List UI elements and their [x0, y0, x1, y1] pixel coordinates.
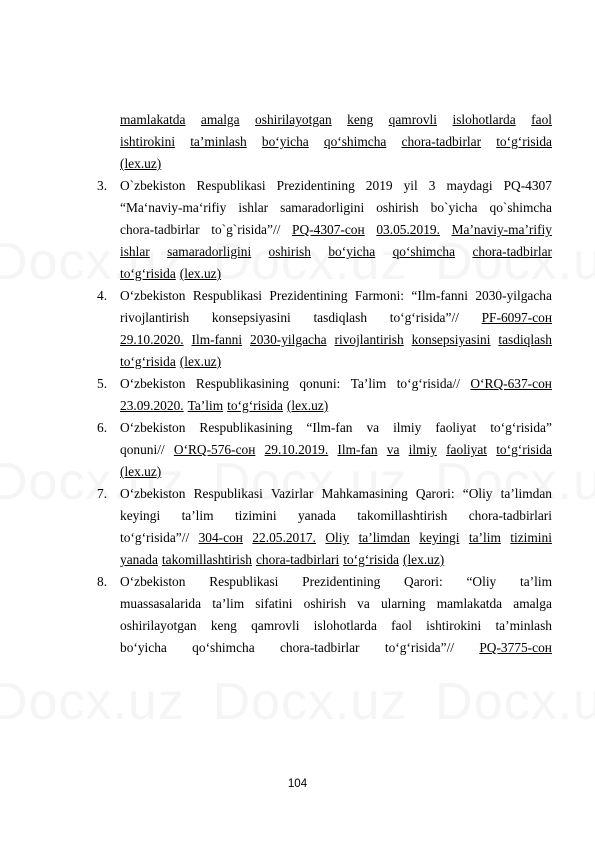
word: ta’limdan: [501, 483, 552, 505]
word: samaradorligini: [280, 197, 364, 219]
word: ta’lim: [182, 505, 214, 527]
word: ularning: [381, 593, 426, 615]
word: tasdiqlash: [313, 307, 367, 329]
word: Prezidentining: [277, 175, 355, 197]
word: Respublikasi: [196, 175, 265, 197]
reference-link-word[interactable]: ta’minlash: [190, 131, 247, 153]
word: faoliyat: [435, 417, 476, 439]
word: 3: [429, 175, 436, 197]
word: Respublikasi: [209, 571, 278, 593]
word: yanada: [298, 505, 336, 527]
word: ta’lim: [212, 593, 244, 615]
word: Farmoni:: [355, 285, 404, 307]
word: O‘zbekiston: [120, 285, 185, 307]
reference-link-word[interactable]: (lex.uz): [180, 351, 221, 373]
reference-link-word[interactable]: faoliyat: [446, 439, 487, 461]
word: to‘g‘risida”: [490, 417, 552, 439]
text-line: (lex.uz): [97, 153, 552, 175]
word: va: [366, 417, 379, 439]
reference-link-word[interactable]: yanada: [120, 549, 158, 571]
word: keyingi: [120, 505, 160, 527]
reference-item: 6.O‘zbekistonRespublikasining“Ilm-fanvai…: [97, 417, 552, 483]
reference-link-word[interactable]: mamlakatda: [120, 109, 185, 131]
word: chora-tadbirlar: [280, 637, 360, 659]
word: O‘zbekiston: [120, 571, 185, 593]
word: chora-tadbirlari: [469, 505, 552, 527]
list-number: 4.: [97, 285, 117, 307]
word: to`g`risida”//: [211, 219, 280, 241]
reference-link-word[interactable]: 03.05.2019.: [376, 219, 440, 241]
text-line: to‘g‘risida(lex.uz): [97, 351, 552, 373]
text-line: 23.09.2020.Ta’limto‘g‘risida(lex.uz): [97, 395, 552, 417]
page-number: 104: [0, 778, 595, 790]
word: qo‘shimcha: [192, 637, 254, 659]
reference-item: 8.O‘zbekistonRespublikasiPrezidentiningQ…: [97, 571, 552, 659]
reference-link-word[interactable]: to‘g‘risida: [227, 395, 283, 417]
text-line: muassasalaridata’limsifatinioshirishvaul…: [97, 593, 552, 615]
reference-item: 4.O‘zbekistonRespublikasiPrezidentiningF…: [97, 285, 552, 373]
reference-link-word[interactable]: chora-tadbirlari: [256, 549, 339, 571]
reference-item: 7.O‘zbekistonRespublikasiVazirlarMahkama…: [97, 483, 552, 571]
reference-link-word[interactable]: bo‘yicha: [262, 131, 309, 153]
text-line: keyingita’limtiziminiyanadatakomillashti…: [97, 505, 552, 527]
word: bo‘yicha: [120, 637, 167, 659]
word: “Ma‘naviy-ma‘rifiy: [120, 197, 226, 219]
word: ilmiy: [393, 417, 421, 439]
word: Respublikasi: [193, 285, 262, 307]
reference-link-word[interactable]: 2030-yilgacha: [250, 329, 327, 351]
reference-link-word[interactable]: to‘g‘risida: [343, 549, 399, 571]
text-line: 8.O‘zbekistonRespublikasiPrezidentiningQ…: [97, 571, 552, 593]
word: oshirish: [376, 197, 418, 219]
reference-link-word[interactable]: Ilm-fanni: [192, 329, 243, 351]
word: oshirilayotgan: [120, 615, 197, 637]
reference-link-word[interactable]: keng: [347, 109, 373, 131]
reference-link-word[interactable]: Oliy: [325, 527, 349, 549]
word: Respublikasining: [199, 417, 292, 439]
reference-link-word[interactable]: O‘RQ-637-сон: [470, 373, 552, 395]
word: Prezidentining: [269, 285, 347, 307]
word: to‘g‘risida”//: [390, 307, 459, 329]
reference-link-word[interactable]: ta’limdan: [359, 527, 410, 549]
reference-link-word[interactable]: konsepsiyasini: [412, 329, 491, 351]
word: mamlakatda: [437, 593, 502, 615]
list-number: 7.: [97, 483, 117, 505]
text-line: mamlakatdaamalgaoshirilayotgankengqamrov…: [97, 109, 552, 131]
document-page: Docx.uz Docx.uz Docx.uz Docx.uz Docx.uz …: [0, 0, 595, 842]
reference-link-word[interactable]: O‘RQ-576-сон: [174, 439, 256, 461]
list-number: 6.: [97, 417, 117, 439]
text-line: 4.O‘zbekistonRespublikasiPrezidentiningF…: [97, 285, 552, 307]
reference-link-word[interactable]: faol: [531, 109, 552, 131]
reference-link-word[interactable]: Ma’naviy-ma’rifiy: [452, 219, 552, 241]
text-line: 5.O‘zbekistonRespublikasiningqonuni:Ta’l…: [97, 373, 552, 395]
reference-link-word[interactable]: oshirilayotgan: [255, 109, 332, 131]
text-line: qonuni//O‘RQ-576-сон29.10.2019.Ilm-fanva…: [97, 439, 552, 461]
reference-link-word[interactable]: to‘g‘risida: [496, 131, 552, 153]
text-line: bo‘yichaqo‘shimchachora-tadbirlarto‘g‘ri…: [97, 637, 552, 659]
text-line: chora-tadbirlarto`g`risida”//PQ-4307-сон…: [97, 219, 552, 241]
reference-link-word[interactable]: 29.10.2020.: [120, 329, 184, 351]
reference-link-word[interactable]: (lex.uz): [120, 461, 161, 483]
reference-link-word[interactable]: ishtirokini: [120, 131, 175, 153]
word: islohotlarda: [314, 615, 377, 637]
reference-link-word[interactable]: samaradorligini: [167, 241, 251, 263]
reference-link-word[interactable]: 304-сон: [199, 527, 243, 549]
word: 2019: [366, 175, 393, 197]
reference-link-word[interactable]: (lex.uz): [180, 263, 221, 285]
word: PQ-4307: [504, 175, 552, 197]
word: konsepsiyasini: [212, 307, 291, 329]
word: O‘zbekiston: [120, 483, 185, 505]
reference-link-word[interactable]: 23.09.2020.: [120, 395, 184, 417]
reference-link-word[interactable]: (lex.uz): [287, 395, 328, 417]
reference-link-word[interactable]: qamrovli: [389, 109, 437, 131]
text-line: yanadatakomillashtirishchora-tadbirlarit…: [97, 549, 552, 571]
text-line: (lex.uz): [97, 461, 552, 483]
word: keng: [211, 615, 237, 637]
reference-link-word[interactable]: (lex.uz): [120, 153, 161, 175]
word: chora-tadbirlar: [120, 219, 200, 241]
reference-link-word[interactable]: rivojlantirish: [335, 329, 404, 351]
reference-link-word[interactable]: tizimini: [510, 527, 552, 549]
word: tizimini: [235, 505, 277, 527]
text-line: 6.O‘zbekistonRespublikasining“Ilm-fanvai…: [97, 417, 552, 439]
list-number: 8.: [97, 571, 117, 593]
word: to‘g‘risida”//: [120, 527, 189, 549]
reference-link-word[interactable]: chora-tadbirlar: [472, 241, 552, 263]
list-number: 5.: [97, 373, 117, 395]
word: sifatini: [255, 593, 292, 615]
word: muassasalarida: [120, 593, 201, 615]
word: “Oliy: [463, 483, 493, 505]
text-line: “Ma‘naviy-ma‘rifiyishlarsamaradorliginio…: [97, 197, 552, 219]
word: qo`shimcha: [490, 197, 552, 219]
watermark-text: Docx.uz: [435, 672, 595, 732]
reference-link-word[interactable]: 29.10.2019.: [265, 439, 329, 461]
word: ta’minlash: [495, 615, 552, 637]
reference-link-word[interactable]: chora-tadbirlar: [402, 131, 482, 153]
reference-link-word[interactable]: PF-6097-сон: [482, 307, 552, 329]
word: Mahkamasining: [321, 483, 407, 505]
reference-link-word[interactable]: PQ-3775-сон: [479, 637, 552, 659]
word: rivojlantirish: [120, 307, 189, 329]
list-number: 3.: [97, 175, 117, 197]
word: 2030-yilgacha: [475, 285, 552, 307]
word: qamrovli: [251, 615, 299, 637]
text-line: 29.10.2020.Ilm-fanni2030-yilgacharivojla…: [97, 329, 552, 351]
reference-link-word[interactable]: ta’lim: [469, 527, 501, 549]
word: Respublikasi: [194, 483, 263, 505]
word: ishlar: [238, 197, 268, 219]
word: qonuni//: [120, 439, 165, 461]
text-line: to‘g‘risida(lex.uz): [97, 263, 552, 285]
word: ta’lim: [520, 571, 552, 593]
word: Qarori:: [404, 571, 443, 593]
text-line: ishlarsamaradorliginioshirishbo‘yichaqo‘…: [97, 241, 552, 263]
word: “Oliy: [466, 571, 496, 593]
reference-link-word[interactable]: to‘g‘risida: [496, 439, 552, 461]
word: to‘g‘risida//: [397, 373, 460, 395]
reference-item: 3.O`zbekistonRespublikasiPrezidentining2…: [97, 175, 552, 285]
reference-link-word[interactable]: 22.05.2017.: [252, 527, 316, 549]
text-line: ishtirokinita’minlashbo‘yichaqo‘shimchac…: [97, 131, 552, 153]
text-line: 3.O`zbekistonRespublikasiPrezidentining2…: [97, 175, 552, 197]
reference-link-word[interactable]: oshirish: [269, 241, 311, 263]
reference-link-word[interactable]: keyingi: [419, 527, 459, 549]
reference-link-word[interactable]: islohotlarda: [452, 109, 515, 131]
reference-link-word[interactable]: qo‘shimcha: [324, 131, 386, 153]
word: Prezidentining: [302, 571, 380, 593]
watermark-text: Docx.uz: [213, 672, 408, 732]
text-line: to‘g‘risida”//304-сон22.05.2017.Oliyta’l…: [97, 527, 552, 549]
word: Qarori:: [416, 483, 455, 505]
reference-link-word[interactable]: ishlar: [120, 241, 150, 263]
word: Vazirlar: [271, 483, 313, 505]
word: O`zbekiston: [120, 175, 185, 197]
word: “Ilm-fanni: [411, 285, 468, 307]
word: to‘g‘risida”//: [385, 637, 454, 659]
reference-link-word[interactable]: takomillashtirish: [162, 549, 252, 571]
word: O‘zbekiston: [120, 417, 185, 439]
reference-link-word[interactable]: qo‘shimcha: [393, 241, 455, 263]
reference-link-word[interactable]: ilmiy: [409, 439, 437, 461]
word: va: [357, 593, 370, 615]
reference-link-word[interactable]: to‘g‘risida: [120, 351, 176, 373]
reference-link-word[interactable]: Ilm-fan: [337, 439, 377, 461]
text-line: rivojlantirishkonsepsiyasinitasdiqlashto…: [97, 307, 552, 329]
watermark: Docx.uz Docx.uz Docx.uz: [0, 672, 595, 732]
word: ishtirokini: [426, 615, 481, 637]
reference-link-word[interactable]: PQ-4307-сон: [292, 219, 365, 241]
reference-link-word[interactable]: to‘g‘risida: [120, 263, 176, 285]
word: oshirish: [304, 593, 346, 615]
word: qonuni:: [299, 373, 340, 395]
word: O‘zbekiston: [120, 373, 185, 395]
reference-item: 5.O‘zbekistonRespublikasiningqonuni:Ta’l…: [97, 373, 552, 417]
word: “Ilm-fan: [306, 417, 352, 439]
word: yil: [404, 175, 418, 197]
reference-list: mamlakatdaamalgaoshirilayotgankengqamrov…: [97, 109, 552, 659]
reference-link-word[interactable]: tasdiqlash: [498, 329, 552, 351]
text-line: oshirilayotgankengqamrovliislohotlardafa…: [97, 615, 552, 637]
word: Ta’lim: [351, 373, 387, 395]
reference-link-word[interactable]: (lex.uz): [403, 549, 444, 571]
reference-link-word[interactable]: bo‘yicha: [328, 241, 375, 263]
word: takomillashtirish: [357, 505, 447, 527]
word: maydagi: [446, 175, 492, 197]
text-line: 7.O‘zbekistonRespublikasiVazirlarMahkama…: [97, 483, 552, 505]
word: amalga: [513, 593, 552, 615]
word: Respublikasining: [196, 373, 289, 395]
word: faol: [391, 615, 412, 637]
reference-link-word[interactable]: Ta’lim: [188, 395, 224, 417]
reference-link-word[interactable]: va: [387, 439, 400, 461]
watermark-text: Docx.uz: [0, 672, 185, 732]
reference-link-word[interactable]: amalga: [201, 109, 240, 131]
word: bo`yicha: [431, 197, 478, 219]
